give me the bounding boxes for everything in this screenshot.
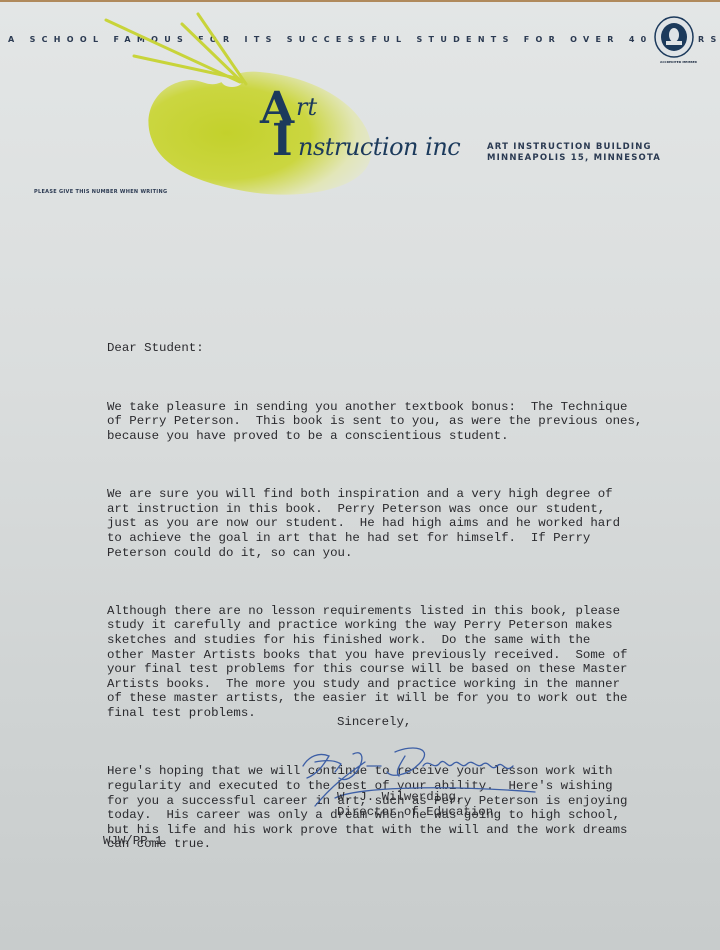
paragraph-2: We are sure you will find both inspirati… — [107, 487, 667, 560]
salutation: Dear Student: — [107, 341, 667, 356]
signer-name: W. J. Wilwerding, — [337, 790, 493, 805]
paragraph-1: We take pleasure in sending you another … — [107, 400, 667, 444]
paragraph-3: Although there are no lesson requirement… — [107, 604, 667, 721]
number-note: PLEASE GIVE THIS NUMBER WHEN WRITING — [34, 189, 167, 195]
seal-caption: ACCREDITED MEMBER — [660, 60, 697, 64]
paint-brushes-icon — [106, 14, 246, 84]
signer-block: W. J. Wilwerding,Director of Education — [337, 790, 493, 819]
logo-word-art: rt — [296, 93, 317, 121]
reference-code: WJW/PP-1 — [103, 834, 163, 848]
letter-page: A SCHOOL FAMOUS FOR ITS SUCCESSFUL STUDE… — [0, 2, 720, 950]
paint-palette-icon — [100, 10, 400, 200]
company-address: ART INSTRUCTION BUILDING MINNEAPOLIS 15,… — [487, 142, 661, 164]
logo-word-instruction: nstruction inc — [298, 133, 460, 161]
address-line-2: MINNEAPOLIS 15, MINNESOTA — [487, 153, 661, 164]
closing: Sincerely, — [337, 715, 411, 729]
accreditation-seal-icon — [653, 16, 695, 60]
address-line-1: ART INSTRUCTION BUILDING — [487, 142, 661, 153]
logo-initial-i: I — [272, 119, 293, 163]
signer-title: Director of Education — [337, 805, 493, 820]
